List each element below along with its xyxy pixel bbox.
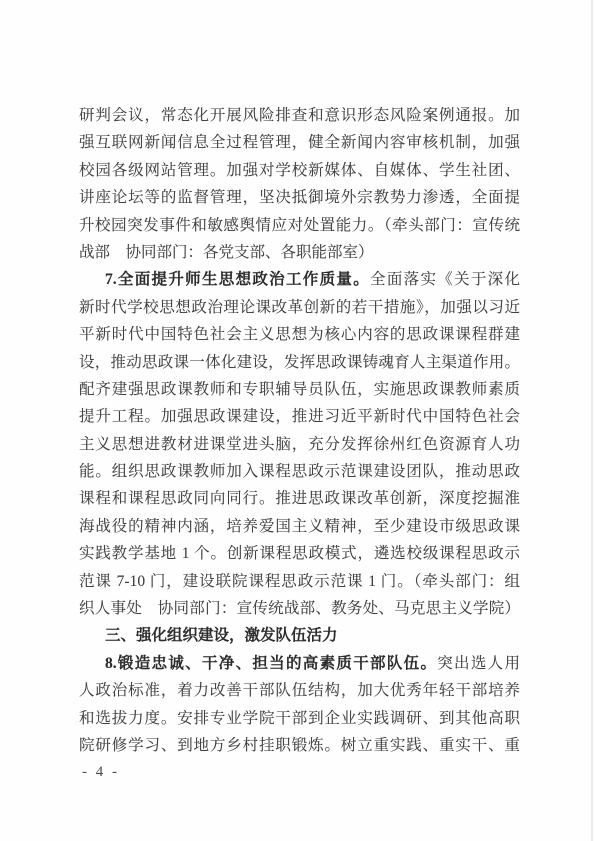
- item7-body-start: 全面落实《关于深化: [370, 271, 520, 288]
- text-line: 院研修学习、到地方乡村挂职锻炼。树立重实践、重实干、重: [79, 732, 520, 759]
- text-line: 新时代学校思想政治理论课改革创新的若干措施》，加强以习近: [79, 294, 520, 321]
- document-page: 研判会议，常态化开展风险排查和意识形态风险案例通报。加 强互联网新闻信息全过程管…: [0, 0, 595, 841]
- text-line: 研判会议，常态化开展风险排查和意识形态风险案例通报。加: [79, 102, 520, 129]
- text-line: 主义思想进教材进课堂进头脑，充分发挥徐州红色资源育人功: [79, 431, 520, 458]
- text-line: 平新时代中国特色社会主义思想为核心内容的思政课课程群建: [79, 321, 520, 348]
- text-line: 战部 协同部门：各党支部、各职能部室）: [79, 239, 520, 266]
- page-number: - 4 -: [82, 764, 120, 781]
- text-line: 和选拔力度。安排专业学院干部到企业实践调研、到其他高职: [79, 705, 520, 732]
- section-heading-3: 三、强化组织建设，激发队伍活力: [79, 622, 520, 649]
- text-line: 海战役的精神内涵，培养爱国主义精神，至少建设市级思政课: [79, 513, 520, 540]
- document-text-block: 研判会议，常态化开展风险排查和意识形态风险案例通报。加 强互联网新闻信息全过程管…: [79, 102, 520, 759]
- text-line: 织人事处 协同部门：宣传统战部、教务处、马克思主义学院）: [79, 595, 520, 622]
- text-line-item8: 8.锻造忠诚、干净、担当的高素质干部队伍。突出选人用: [79, 650, 520, 677]
- text-line: 提升工程。加强思政课建设，推进习近平新时代中国特色社会: [79, 403, 520, 430]
- text-line: 校园各级网站管理。加强对学校新媒体、自媒体、学生社团、: [79, 157, 520, 184]
- text-line: 强互联网新闻信息全过程管理，健全新闻内容审核机制，加强: [79, 129, 520, 156]
- text-line: 配齐建强思政课教师和专职辅导员队伍，实施思政课教师素质: [79, 376, 520, 403]
- text-line: 实践教学基地 1 个。创新课程思政模式，遴选校级课程思政示: [79, 540, 520, 567]
- text-line: 范课 7-10 门，建设联院课程思政示范课 1 门。（牵头部门：组: [79, 568, 520, 595]
- item8-bold-lead: 8.锻造忠诚、干净、担当的高素质干部队伍。: [105, 655, 437, 672]
- item8-body-start: 突出选人用: [437, 655, 520, 672]
- text-line: 设，推动思政课一体化建设，发挥思政课铸魂育人主渠道作用。: [79, 349, 520, 376]
- text-line: 课程和课程思政同向同行。推进思政课改革创新，深度挖掘淮: [79, 485, 520, 512]
- text-line: 能。组织思政课教师加入课程思政示范课建设团队，推动思政: [79, 458, 520, 485]
- scan-edge-line: [591, 0, 593, 841]
- text-line-item7: 7.全面提升师生思想政治工作质量。全面落实《关于深化: [79, 266, 520, 293]
- text-line: 升校园突发事件和敏感舆情应对处置能力。（牵头部门：宣传统: [79, 212, 520, 239]
- text-line: 讲座论坛等的监督管理，坚决抵御境外宗教势力渗透，全面提: [79, 184, 520, 211]
- text-line: 人政治标准，着力改善干部队伍结构，加大优秀年轻干部培养: [79, 677, 520, 704]
- item7-bold-lead: 7.全面提升师生思想政治工作质量。: [105, 271, 370, 288]
